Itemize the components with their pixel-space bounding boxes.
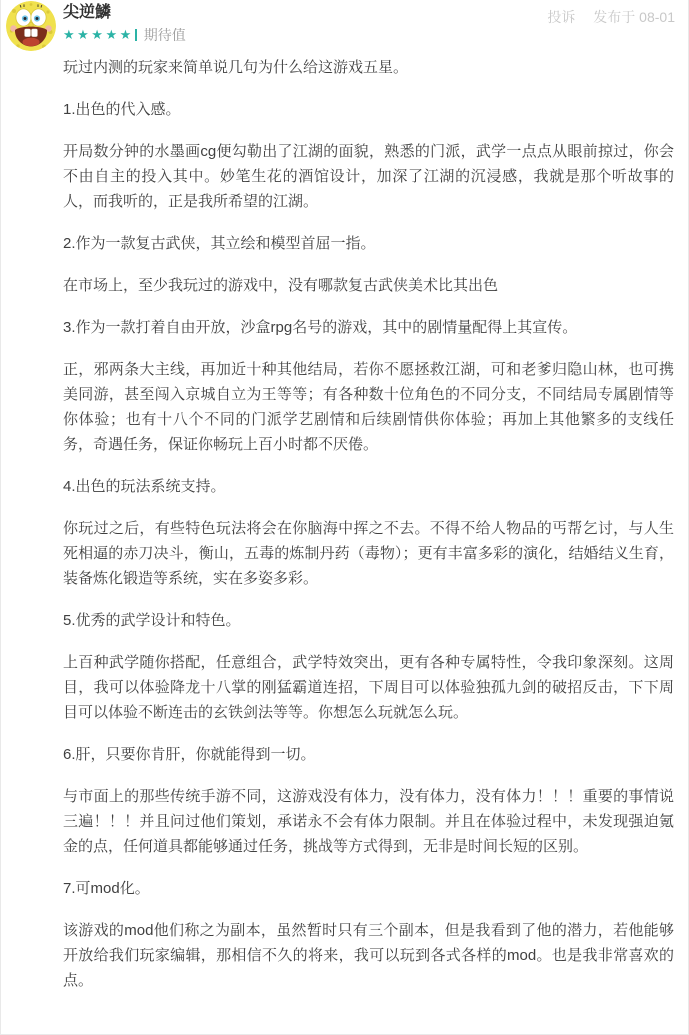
review-header: 尖逆鱗 ★★★★★ 期待值 投诉 发布于 08-01 bbox=[1, 0, 688, 42]
review-card: 尖逆鱗 ★★★★★ 期待值 投诉 发布于 08-01 玩过内测的玩家来简单说几句… bbox=[0, 0, 689, 1035]
review-paragraph: 2.作为一款复古武侠，其立绘和模型首屈一指。 bbox=[63, 231, 674, 256]
rating-divider bbox=[135, 29, 137, 41]
rating-row: ★★★★★ 期待值 bbox=[63, 27, 688, 43]
review-paragraph: 5.优秀的武学设计和特色。 bbox=[63, 608, 674, 633]
publish-date: 发布于 08-01 bbox=[593, 9, 675, 25]
username[interactable]: 尖逆鱗 bbox=[63, 3, 111, 23]
review-paragraph: 4.出色的玩法系统支持。 bbox=[63, 474, 674, 499]
review-paragraph: 正，邪两条大主线，再加近十种其他结局，若你不愿拯救江湖，可和老爹归隐山林，也可携… bbox=[63, 357, 674, 457]
header-meta: 投诉 发布于 08-01 bbox=[547, 7, 675, 27]
review-paragraph: 6.肝，只要你肯肝，你就能得到一切。 bbox=[63, 742, 674, 767]
review-paragraph: 7.可mod化。 bbox=[63, 876, 674, 901]
review-paragraph: 上百种武学随你搭配，任意组合，武学特效突出，更有各种专属特性，令我印象深刻。这周… bbox=[63, 650, 674, 725]
review-paragraph: 你玩过之后，有些特色玩法将会在你脑海中挥之不去。不得不给人物品的丐帮乞讨，与人生… bbox=[63, 516, 674, 591]
expectation-value-label: 期待值 bbox=[144, 27, 186, 43]
review-paragraph: 3.作为一款打着自由开放，沙盒rpg名号的游戏，其中的剧情量配得上其宣传。 bbox=[63, 315, 674, 340]
review-paragraph: 玩过内测的玩家来简单说几句为什么给这游戏五星。 bbox=[63, 55, 674, 80]
user-avatar[interactable] bbox=[6, 1, 56, 51]
review-paragraph: 该游戏的mod他们称之为副本，虽然暂时只有三个副本，但是我看到了他的潜力，若他能… bbox=[63, 918, 674, 993]
review-paragraph: 与市面上的那些传统手游不同，这游戏没有体力，没有体力，没有体力！！！重要的事情说… bbox=[63, 784, 674, 859]
spongebob-avatar-icon bbox=[6, 1, 56, 51]
review-paragraph: 在市场上，至少我玩过的游戏中，没有哪款复古武侠美术比其出色 bbox=[63, 273, 674, 298]
report-button[interactable]: 投诉 bbox=[547, 9, 575, 25]
star-rating-icons: ★★★★★ bbox=[63, 27, 134, 43]
review-body: 玩过内测的玩家来简单说几句为什么给这游戏五星。 1.出色的代入感。 开局数分钟的… bbox=[1, 42, 688, 1034]
review-paragraph: 1.出色的代入感。 bbox=[63, 97, 674, 122]
review-paragraph: 开局数分钟的水墨画cg便勾勒出了江湖的面貌，熟悉的门派，武学一点点从眼前掠过，你… bbox=[63, 139, 674, 214]
